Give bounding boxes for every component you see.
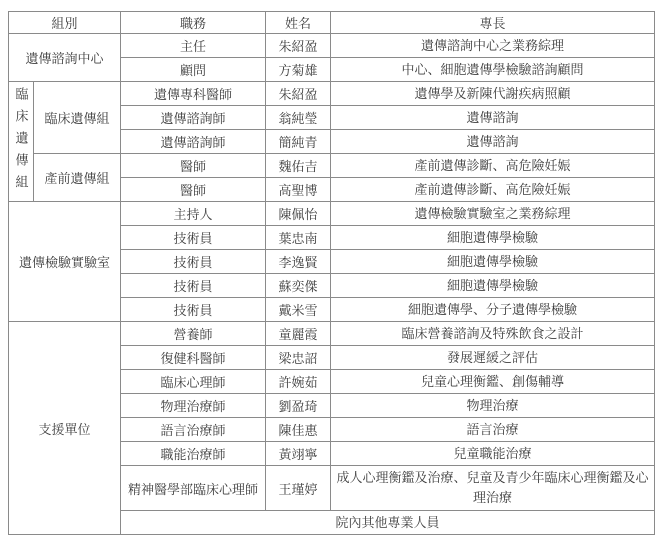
duty-cell: 營養師 (121, 322, 266, 346)
header-specialty: 專長 (331, 12, 655, 34)
duty-cell: 復健科醫師 (121, 346, 266, 370)
specialty-cell: 成人心理衡鑑及治療、兒童及青少年臨床心理衡鑑及心理治療 (331, 466, 655, 511)
duty-cell: 職能治療師 (121, 442, 266, 466)
name-cell: 陳佩怡 (266, 202, 331, 226)
specialty-cell: 遺傳諮詢 (331, 130, 655, 154)
name-cell: 梁忠詔 (266, 346, 331, 370)
group-cell-clinical-genetics-division: 臨床遺傳組 (9, 82, 34, 202)
header-duty: 職務 (121, 12, 266, 34)
table-row: 支援單位 營養師 童麗霞 臨床營養諮詢及特殊飲食之設計 (9, 322, 655, 346)
duty-cell: 物理治療師 (121, 394, 266, 418)
specialty-cell: 細胞遺傳學檢驗 (331, 226, 655, 250)
name-cell: 戴米雪 (266, 298, 331, 322)
specialty-cell: 遺傳檢驗實驗室之業務綜理 (331, 202, 655, 226)
name-cell: 翁純瑩 (266, 106, 331, 130)
duty-cell: 主持人 (121, 202, 266, 226)
specialty-cell: 物理治療 (331, 394, 655, 418)
specialty-cell: 臨床營養諮詢及特殊飲食之設計 (331, 322, 655, 346)
table-row: 產前遺傳組 醫師 魏佑吉 產前遺傳診斷、高危險妊娠 (9, 154, 655, 178)
group-cell-genetic-testing-laboratory: 遺傳檢驗實驗室 (9, 202, 121, 322)
specialty-cell: 細胞遺傳學檢驗 (331, 274, 655, 298)
duty-cell: 技術員 (121, 226, 266, 250)
specialty-cell: 細胞遺傳學檢驗 (331, 250, 655, 274)
duty-cell: 技術員 (121, 250, 266, 274)
name-cell: 高聖博 (266, 178, 331, 202)
header-group: 組別 (9, 12, 121, 34)
name-cell: 朱紹盈 (266, 82, 331, 106)
name-cell: 王瑾婷 (266, 466, 331, 511)
name-cell: 黃翊寧 (266, 442, 331, 466)
duty-cell: 遺傳專科醫師 (121, 82, 266, 106)
table-row: 臨床遺傳組 臨床遺傳組 遺傳專科醫師 朱紹盈 遺傳學及新陳代謝疾病照顧 (9, 82, 655, 106)
specialty-cell: 發展遲緩之評估 (331, 346, 655, 370)
name-cell: 朱紹盈 (266, 34, 331, 58)
staff-roster-table: 組別 職務 姓名 專長 遺傳諮詢中心 主任 朱紹盈 遺傳諮詢中心之業務綜理 顧問… (8, 11, 655, 535)
duty-cell: 遺傳諮詢師 (121, 106, 266, 130)
specialty-cell: 中心、細胞遺傳學檢驗諮詢顧問 (331, 58, 655, 82)
name-cell: 童麗霞 (266, 322, 331, 346)
specialty-cell: 遺傳學及新陳代謝疾病照顧 (331, 82, 655, 106)
specialty-cell: 兒童職能治療 (331, 442, 655, 466)
specialty-cell: 兒童心理衡鑑、創傷輔導 (331, 370, 655, 394)
name-cell: 簡純青 (266, 130, 331, 154)
duty-cell: 精神醫學部臨床心理師 (121, 466, 266, 511)
specialty-cell: 語言治療 (331, 418, 655, 442)
duty-cell: 醫師 (121, 178, 266, 202)
table-row: 遺傳諮詢中心 主任 朱紹盈 遺傳諮詢中心之業務綜理 (9, 34, 655, 58)
name-cell: 蘇奕傑 (266, 274, 331, 298)
group-cell-support-unit: 支援單位 (9, 322, 121, 535)
footer-note-cell: 院內其他專業人員 (121, 511, 655, 535)
subgroup-cell-clinical-genetics: 臨床遺傳組 (34, 82, 121, 154)
name-cell: 魏佑吉 (266, 154, 331, 178)
duty-cell: 主任 (121, 34, 266, 58)
duty-cell: 語言治療師 (121, 418, 266, 442)
duty-cell: 顧問 (121, 58, 266, 82)
name-cell: 許婉茹 (266, 370, 331, 394)
name-cell: 劉盈琦 (266, 394, 331, 418)
page: 組別 職務 姓名 專長 遺傳諮詢中心 主任 朱紹盈 遺傳諮詢中心之業務綜理 顧問… (0, 0, 661, 541)
vertical-group-label: 臨床遺傳組 (10, 87, 33, 197)
header-row: 組別 職務 姓名 專長 (9, 12, 655, 34)
name-cell: 李逸賢 (266, 250, 331, 274)
duty-cell: 臨床心理師 (121, 370, 266, 394)
group-cell-genetic-counseling-center: 遺傳諮詢中心 (9, 34, 121, 82)
duty-cell: 遺傳諮詢師 (121, 130, 266, 154)
header-name: 姓名 (266, 12, 331, 34)
duty-cell: 技術員 (121, 298, 266, 322)
name-cell: 陳佳惠 (266, 418, 331, 442)
duty-cell: 技術員 (121, 274, 266, 298)
table-row: 遺傳檢驗實驗室 主持人 陳佩怡 遺傳檢驗實驗室之業務綜理 (9, 202, 655, 226)
specialty-cell: 細胞遺傳學、分子遺傳學檢驗 (331, 298, 655, 322)
specialty-cell: 遺傳諮詢 (331, 106, 655, 130)
duty-cell: 醫師 (121, 154, 266, 178)
specialty-cell: 產前遺傳診斷、高危險妊娠 (331, 178, 655, 202)
name-cell: 方菊雄 (266, 58, 331, 82)
name-cell: 葉忠南 (266, 226, 331, 250)
subgroup-cell-prenatal-genetics: 產前遺傳組 (34, 154, 121, 202)
specialty-cell: 產前遺傳診斷、高危險妊娠 (331, 154, 655, 178)
specialty-cell: 遺傳諮詢中心之業務綜理 (331, 34, 655, 58)
